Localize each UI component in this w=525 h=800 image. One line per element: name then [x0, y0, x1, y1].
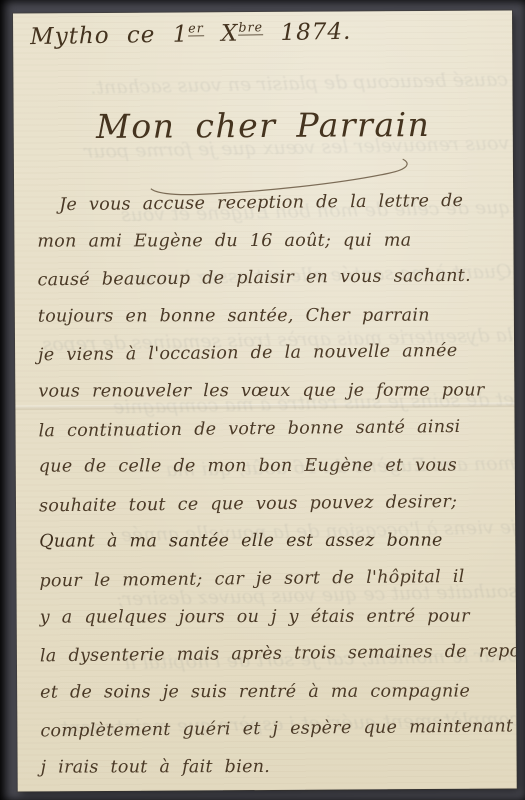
ordinal-suffix: er [188, 21, 204, 37]
letter-page: causé beaucoup de plaisir en vous sachan… [13, 10, 517, 791]
body-line: la dysenterie mais après trois semaines … [40, 634, 482, 676]
body-line: Quant à ma santée elle est assez bonne [39, 523, 481, 562]
body-line: y a quelques jours ou j y étais entré po… [40, 598, 482, 637]
body-line: causé beaucoup de plaisir en vous sachan… [37, 258, 479, 300]
body-line: vous renouveler les vœux que je forme po… [38, 372, 480, 411]
body-line: souhaite tout ce que vous pouvez desirer… [39, 483, 481, 525]
body-line: toujours en bonne santée, Cher parrain [38, 297, 480, 336]
photo-backdrop: causé beaucoup de plaisir en vous sachan… [0, 0, 525, 800]
body-line: j irais tout à fait bien. [41, 748, 483, 787]
body-line: que de celle de mon bon Eugène et vous [39, 448, 481, 487]
body-line: et de soins je suis rentré à ma compagni… [40, 673, 482, 712]
body-line: complètement guéri et j espère que maint… [40, 709, 482, 751]
body-line: mon ami Eugène du 16 août; qui ma [37, 222, 479, 261]
month-suffix: bre [238, 20, 263, 36]
body-line: Je vous accuse reception de la lettre de [37, 183, 479, 225]
body-line: la continuation de votre bonne santé ain… [38, 408, 480, 450]
place-date-line: Mytho ce 1er Xbre 1874. [30, 19, 352, 50]
month-abbrev-x: X [204, 21, 239, 48]
letter-body: Je vous accuse reception de la lettre de… [37, 184, 483, 788]
place-date-prefix: Mytho ce 1 [30, 21, 189, 50]
body-line: je viens à l'occasion de la nouvelle ann… [38, 333, 480, 375]
year-text: 1874. [263, 19, 352, 46]
body-line: pour le moment; car je sort de l'hôpital… [39, 559, 481, 601]
salutation: Mon cher Parrain [14, 104, 513, 146]
